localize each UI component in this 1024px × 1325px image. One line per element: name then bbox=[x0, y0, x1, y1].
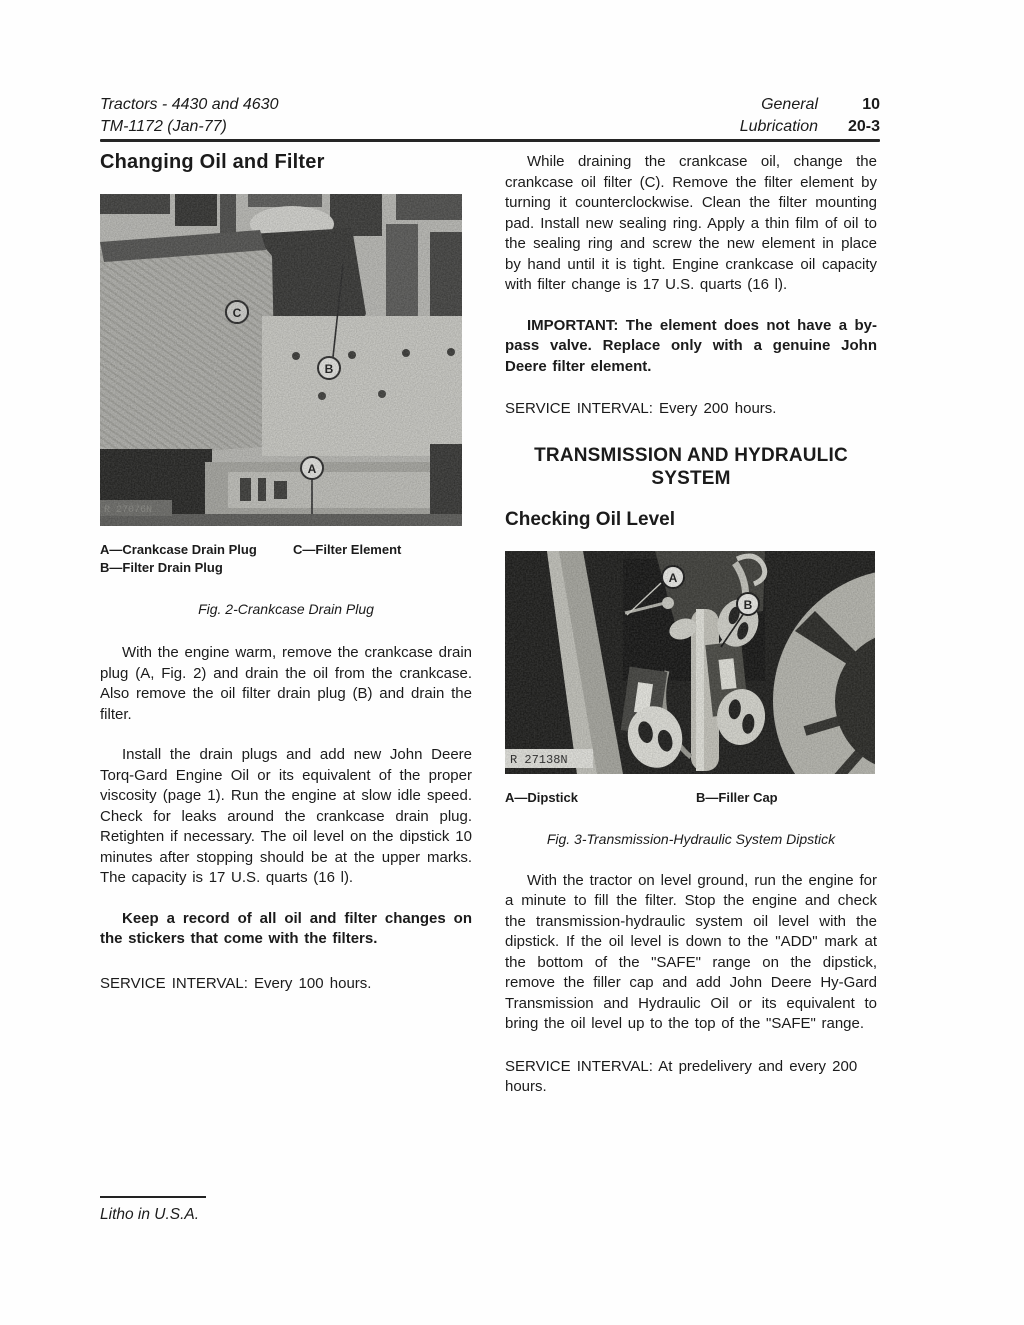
header-model-line: Tractors - 4430 and 4630 bbox=[100, 94, 278, 116]
header-group-number: 20-3 bbox=[834, 116, 880, 138]
fig2-caption: Fig. 2-Crankcase Drain Plug bbox=[100, 601, 472, 617]
heading-changing-oil-and-filter: Changing Oil and Filter bbox=[100, 150, 472, 174]
heading-checking-oil-level: Checking Oil Level bbox=[505, 508, 877, 531]
fig2-label-a: A—Crankcase Drain Plug bbox=[100, 541, 293, 559]
fig3-label-a: A—Dipstick bbox=[505, 789, 696, 807]
right-column: While draining the crankcase oil, change… bbox=[505, 152, 877, 1098]
fig2-label-b: B—Filter Drain Plug bbox=[100, 559, 293, 577]
footer-rule bbox=[100, 1196, 206, 1198]
heading-transmission-line1: TRANSMISSION AND HYDRAULIC bbox=[534, 445, 848, 466]
header-manual-number: TM-1172 (Jan-77) bbox=[100, 116, 278, 138]
header-section-number: 10 bbox=[834, 94, 880, 116]
manual-page: Tractors - 4430 and 4630 TM-1172 (Jan-77… bbox=[0, 0, 1024, 1325]
fig3-caption: Fig. 3-Transmission-Hydraulic System Dip… bbox=[505, 831, 877, 847]
fig3-labels: A—Dipstick B—Filler Cap bbox=[505, 789, 877, 807]
page-header: Tractors - 4430 and 4630 TM-1172 (Jan-77… bbox=[100, 94, 880, 138]
fig3-photo-dipstick: A B R 27138N bbox=[505, 551, 875, 774]
fig2-photo-illustration: C B A R 270 bbox=[100, 194, 462, 526]
fig2-labels: A—Crankcase Drain Plug C—Filter Element … bbox=[100, 541, 472, 577]
header-right: General 10 Lubrication 20-3 bbox=[740, 94, 880, 138]
fig2-photo-crankcase: C B A R 270 bbox=[100, 194, 462, 526]
figure-2: C B A R 270 bbox=[100, 194, 472, 617]
right-paragraph-1: While draining the crankcase oil, change… bbox=[505, 152, 877, 296]
left-column: Changing Oil and Filter bbox=[100, 150, 472, 994]
right-paragraph-important: IMPORTANT: The element does not have a b… bbox=[505, 316, 877, 378]
header-group-label: Lubrication bbox=[740, 116, 818, 138]
left-paragraph-1: With the engine warm, remove the crankca… bbox=[100, 643, 472, 725]
right-service-interval-1: SERVICE INTERVAL: Every 200 hours. bbox=[505, 399, 877, 420]
header-rule bbox=[100, 139, 880, 142]
header-left: Tractors - 4430 and 4630 TM-1172 (Jan-77… bbox=[100, 94, 278, 138]
figure-3: A B R 27138N A—Dipstick B—Filler Cap bbox=[505, 551, 877, 847]
fig3-photo-illustration: A B R 27138N bbox=[505, 551, 875, 774]
header-section-label: General bbox=[740, 94, 818, 116]
fig2-label-c: C—Filter Element bbox=[293, 541, 472, 559]
left-service-interval: SERVICE INTERVAL: Every 100 hours. bbox=[100, 974, 472, 995]
fig3-label-b: B—Filler Cap bbox=[696, 789, 877, 807]
heading-transmission-hydraulic: TRANSMISSION AND HYDRAULICSYSTEM bbox=[505, 444, 877, 490]
right-service-interval-2: SERVICE INTERVAL: At predelivery and eve… bbox=[505, 1057, 877, 1098]
page-footer: Litho in U.S.A. bbox=[100, 1196, 206, 1224]
left-paragraph-keep-record: Keep a record of all oil and filter chan… bbox=[100, 909, 472, 950]
right-paragraph-2: With the tractor on level ground, run th… bbox=[505, 871, 877, 1035]
left-paragraph-2: Install the drain plugs and add new John… bbox=[100, 745, 472, 889]
footer-litho: Litho in U.S.A. bbox=[100, 1206, 206, 1224]
heading-transmission-line2: SYSTEM bbox=[651, 468, 730, 489]
